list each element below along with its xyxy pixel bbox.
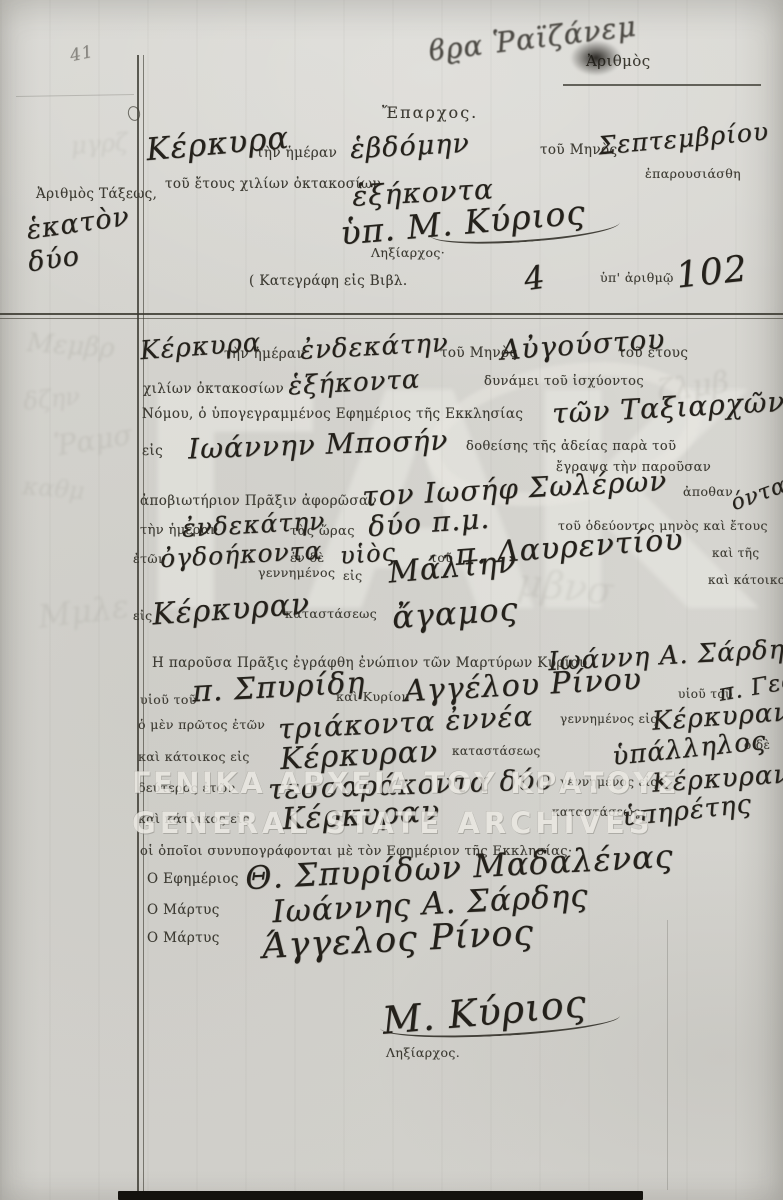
and-of-label: καὶ τῆς — [712, 546, 759, 560]
died-label: ἀποθαν — [683, 484, 733, 499]
register-page: ΓΑΚ Μεμβρ δζην Ῥαμσ καθμ Μμλε ζλμβ μβνσ … — [0, 0, 783, 1200]
permission-label: δοθείσης τῆς ἀδείας παρὰ τοῦ — [466, 439, 676, 454]
death-act-label: ἀποβιωτήριον Πρᾶξιν ἀφορῶσαν — [140, 493, 377, 509]
pencil-line — [16, 94, 134, 97]
first-witness-status-label: καταστάσεως — [452, 744, 541, 758]
witness1-son-label: υἱοῦ τοῦ — [140, 692, 197, 707]
priest-role-label: Ο Εφημέριος — [147, 871, 239, 887]
second-witness-residence-handwritten: Κέρκυραν — [281, 794, 441, 837]
ink-bleed-ghost: Ῥαμσ — [52, 418, 135, 463]
under-number-label: ὑπ' ἀριθμῷ — [600, 270, 674, 285]
number-underline — [563, 84, 761, 86]
order-number-handwritten-1: ἑκατὸν — [24, 201, 131, 246]
section-divider-inner — [0, 318, 783, 319]
resident-label: καὶ κάτοικος — [708, 573, 783, 587]
second-witness-age-label: δεύτερος ἐτῶν — [138, 780, 235, 795]
law-label: δυνάμει τοῦ ἰσχύοντος — [484, 374, 644, 389]
left-margin-rule-outer — [137, 55, 139, 1200]
top-month-handwritten: Σεπτεμβρίου — [597, 117, 770, 161]
paper-fold-line — [667, 920, 668, 1190]
first-witness-born-label: γεννημένος εἰς — [560, 712, 657, 726]
body-year2-label: χιλίων ὀκτακοσίων — [143, 381, 284, 397]
witness1-role-label: Ο Μάρτυς — [147, 902, 220, 918]
born-at-label: εἰς — [343, 568, 363, 583]
rule-ornament — [126, 105, 141, 123]
book-number-handwritten: 4 — [521, 258, 547, 299]
law2-label: Νόμου, ὁ ὑπογεγραμμένος Εφημέριος τῆς Εκ… — [142, 406, 523, 422]
second-witness-resident-label: καὶ κάτοικος εἰς — [138, 811, 250, 826]
top-day-handwritten: ἑβδόμην — [349, 128, 470, 165]
ink-bleed-ghost: Μμλε — [36, 587, 131, 636]
order-number-handwritten-2: δύο — [26, 241, 82, 279]
ink-bleed-ghost: Μεμβρ — [26, 328, 116, 364]
pencil-page-number: 41 — [68, 42, 95, 66]
first-witness-age-label: ὁ μὲν πρῶτος ἐτῶν — [138, 717, 265, 732]
second-witness-born-label: γεννημένος εἰς — [560, 775, 657, 789]
ink-blot — [570, 40, 622, 76]
died-suffix-handwritten: όντα — [727, 473, 783, 516]
registry-number-handwritten: 102 — [674, 248, 750, 296]
ink-bleed-ghost: μγρζ — [70, 128, 129, 160]
ink-bleed-ghost: καθμ — [22, 472, 86, 505]
scan-gutter-bar — [118, 1191, 643, 1200]
recorded-in-book-label: ( Κατεγράφη εἰς Βιβλ. — [249, 273, 408, 289]
eparchos-heading: Ἔπαρχος. — [382, 103, 478, 122]
order-number-label: Ἀριθμὸς Τάξεως, — [36, 186, 157, 202]
presented-label: ἐπαρουσιάσθη — [645, 166, 741, 181]
left-margin-rule-inner — [143, 55, 144, 1200]
resident-at-label: εἰς — [133, 608, 153, 623]
ink-bleed-ghost: δζην — [22, 382, 81, 416]
at-label: εἰς — [142, 443, 163, 459]
top-year-label: τοῦ ἔτους χιλίων ὀκτακοσίων — [165, 176, 381, 192]
witness2-role-label: Ο Μάρτυς — [147, 930, 220, 946]
second-witness-status-handwritten: ὑπηρέτης — [621, 789, 754, 832]
first-witness-resident-label: καὶ κάτοικος εἰς — [138, 749, 250, 764]
registrar-role-label: Ληξίαρχος. — [386, 1045, 460, 1060]
section-divider-outer — [0, 313, 783, 315]
